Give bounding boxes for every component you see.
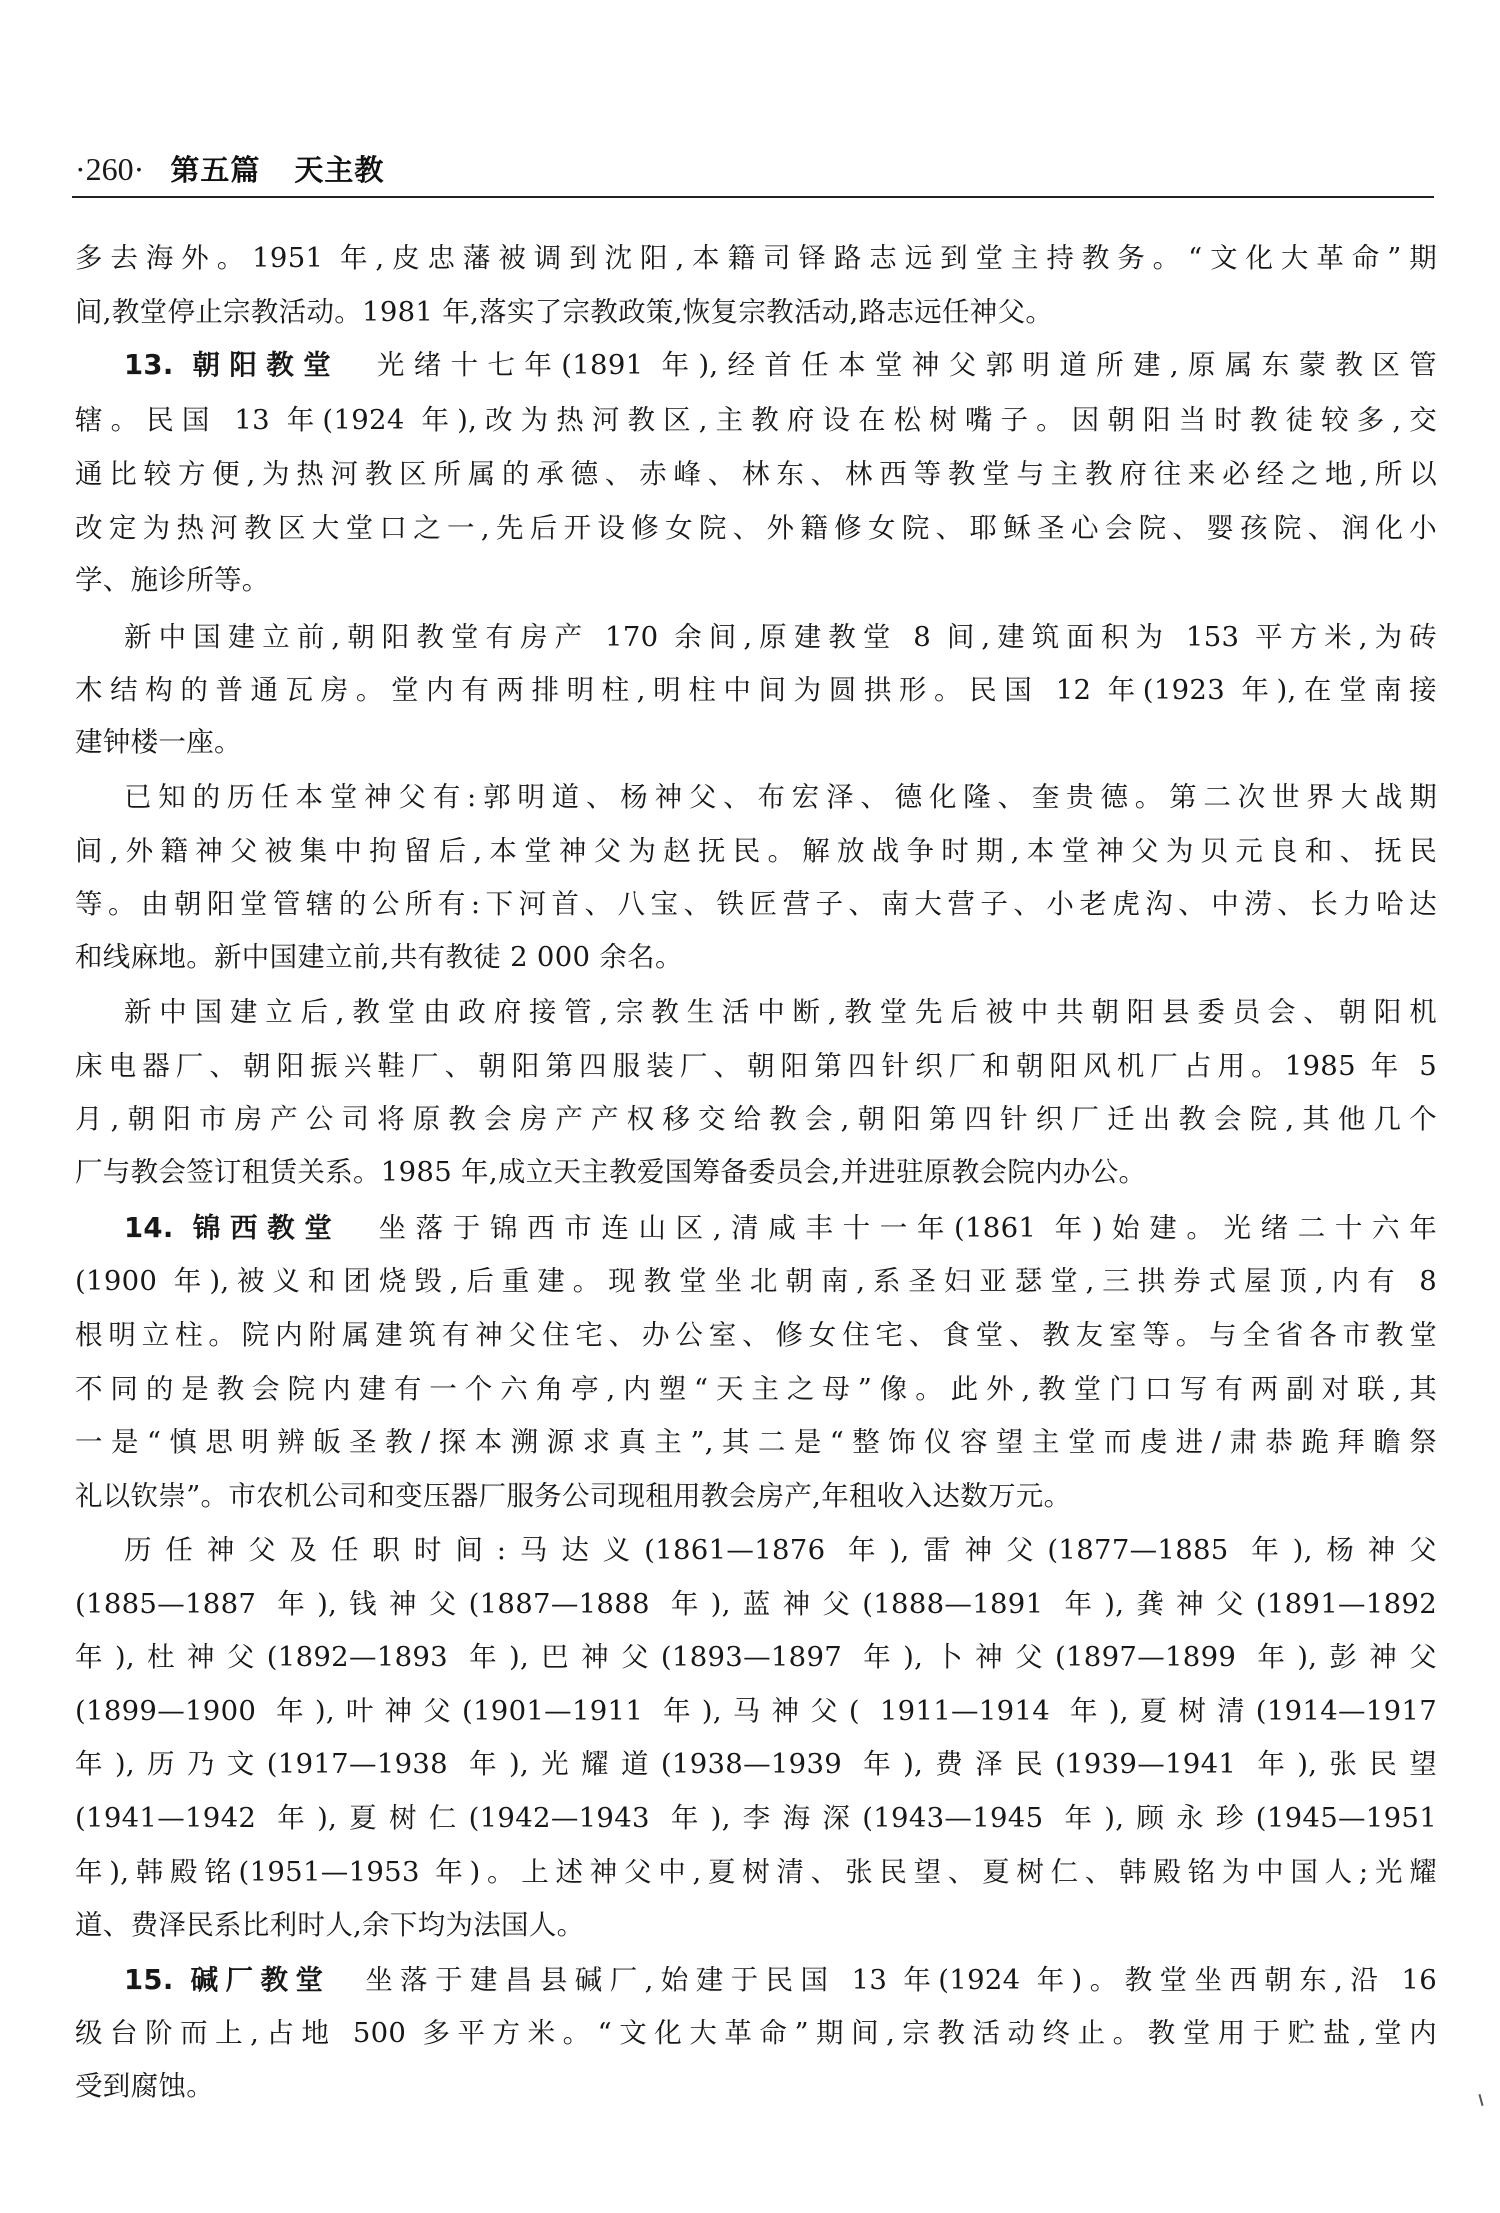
line-text: 光绪十七年(1891 年),经首任本堂神父郭明道所建,原属东蒙教区管: [340, 349, 1437, 381]
text-line: 礼以钦崇”。市农机公司和变压器厂服务公司现租用教会房产,年租收入达数万元。: [75, 1476, 1437, 1516]
text-line: 床电器厂、朝阳振兴鞋厂、朝阳第四服装厂、朝阳第四针织厂和朝阳风机厂占用。1985…: [75, 1046, 1437, 1086]
line-text: 年),韩殿铭(1951—1953 年)。上述神父中,夏树清、张民望、夏树仁、韩殿…: [75, 1856, 1437, 1888]
text-line: 木结构的普通瓦房。堂内有两排明柱,明柱中间为圆拱形。民国 12 年(1923 年…: [75, 670, 1437, 710]
text-line: 建钟楼一座。: [75, 722, 1437, 762]
text-line: 学、施诊所等。: [75, 560, 1437, 600]
line-text: 通比较方便,为热河教区所属的承德、赤峰、林东、林西等教堂与主教府往来必经之地,所…: [75, 458, 1437, 490]
section-heading-line: 14. 锦西教堂 坐落于锦西市连山区,清咸丰十一年(1861 年)始建。光绪二十…: [124, 1208, 1437, 1248]
text-line: (1899—1900 年),叶神父(1901—1911 年),马神父( 1911…: [75, 1691, 1437, 1731]
section-heading-line: 15. 碱厂教堂 坐落于建昌县碱厂,始建于民国 13 年(1924 年)。教堂坐…: [124, 1960, 1437, 2000]
text-line: 厂与教会签订租赁关系。1985 年,成立天主教爱国筹备委员会,并进驻原教会院内办…: [75, 1152, 1437, 1192]
line-text: 间,外籍神父被集中拘留后,本堂神父为赵抚民。解放战争时期,本堂神父为贝元良和、抚…: [75, 835, 1437, 867]
line-text: 道、费泽民系比利时人,余下均为法国人。: [75, 1909, 584, 1941]
section-heading: 13. 朝阳教堂: [124, 349, 340, 381]
part-label: 第五篇: [170, 148, 260, 189]
line-text: 建钟楼一座。: [75, 726, 242, 758]
line-text: 新中国建立后,教堂由政府接管,宗教生活中断,教堂先后被中共朝阳县委员会、朝阳机: [124, 996, 1437, 1028]
text-line: 间,教堂停止宗教活动。1981 年,落实了宗教政策,恢复宗教活动,路志远任神父。: [75, 292, 1437, 332]
line-text: 木结构的普通瓦房。堂内有两排明柱,明柱中间为圆拱形。民国 12 年(1923 年…: [75, 674, 1437, 706]
line-text: 多去海外。1951 年,皮忠藩被调到沈阳,本籍司铎路志远到堂主持教务。“文化大革…: [75, 242, 1437, 274]
line-text: 新中国建立前,朝阳教堂有房产 170 余间,原建教堂 8 间,建筑面积为 153…: [124, 621, 1437, 653]
text-line: 年),杜神父(1892—1893 年),巴神父(1893—1897 年),卜神父…: [75, 1637, 1437, 1677]
line-text: 根明立柱。院内附属建筑有神父住宅、办公室、修女住宅、食堂、教友室等。与全省各市教…: [75, 1319, 1437, 1351]
line-text: (1885—1887 年),钱神父(1887—1888 年),蓝神父(1888—…: [75, 1588, 1437, 1620]
text-line: 新中国建立后,教堂由政府接管,宗教生活中断,教堂先后被中共朝阳县委员会、朝阳机: [124, 992, 1437, 1032]
text-line: (1885—1887 年),钱神父(1887—1888 年),蓝神父(1888—…: [75, 1584, 1437, 1624]
line-text: 坐落于锦西市连山区,清咸丰十一年(1861 年)始建。光绪二十六年: [341, 1212, 1437, 1244]
line-text: 等。由朝阳堂管辖的公所有:下河首、八宝、铁匠营子、南大营子、小老虎沟、中涝、长力…: [75, 888, 1437, 920]
line-text: 年),杜神父(1892—1893 年),巴神父(1893—1897 年),卜神父…: [75, 1641, 1437, 1673]
line-text: 和线麻地。新中国建立前,共有教徒 2 000 余名。: [75, 941, 683, 973]
part-title: 天主教: [294, 148, 384, 189]
text-line: 道、费泽民系比利时人,余下均为法国人。: [75, 1905, 1437, 1945]
page-number: ·260·: [75, 151, 144, 188]
text-line: 级台阶而上,占地 500 多平方米。“文化大革命”期间,宗教活动终止。教堂用于贮…: [75, 2013, 1437, 2053]
line-text: (1900 年),被义和团烧毁,后重建。现教堂坐北朝南,系圣妇亚瑟堂,三拱券式屋…: [75, 1265, 1437, 1297]
section-heading: 15. 碱厂教堂: [124, 1964, 330, 1996]
line-text: 历任神父及任职时间:马达义(1861—1876 年),雷神父(1877—1885…: [124, 1534, 1437, 1566]
text-line: 根明立柱。院内附属建筑有神父住宅、办公室、修女住宅、食堂、教友室等。与全省各市教…: [75, 1315, 1437, 1355]
line-text: 已知的历任本堂神父有:郭明道、杨神父、布宏泽、德化隆、奎贵德。第二次世界大战期: [124, 781, 1437, 813]
text-line: 历任神父及任职时间:马达义(1861—1876 年),雷神父(1877—1885…: [124, 1530, 1437, 1570]
line-text: 厂与教会签订租赁关系。1985 年,成立天主教爱国筹备委员会,并进驻原教会院内办…: [75, 1156, 1146, 1188]
line-text: 改定为热河教区大堂口之一,先后开设修女院、外籍修女院、耶稣圣心会院、婴孩院、润化…: [75, 512, 1437, 544]
line-text: 受到腐蚀。: [75, 2070, 214, 2102]
text-line: (1900 年),被义和团烧毁,后重建。现教堂坐北朝南,系圣妇亚瑟堂,三拱券式屋…: [75, 1261, 1437, 1301]
line-text: 辖。民国 13 年(1924 年),改为热河教区,主教府设在松树嘴子。因朝阳当时…: [75, 404, 1437, 436]
text-line: 月,朝阳市房产公司将原教会房产产权移交给教会,朝阳第四针织厂迁出教会院,其他几个: [75, 1099, 1437, 1139]
text-line: 和线麻地。新中国建立前,共有教徒 2 000 余名。: [75, 937, 1437, 977]
line-text: (1941—1942 年),夏树仁(1942—1943 年),李海深(1943—…: [75, 1802, 1437, 1834]
text-line: 辖。民国 13 年(1924 年),改为热河教区,主教府设在松树嘴子。因朝阳当时…: [75, 400, 1437, 440]
text-line: 多去海外。1951 年,皮忠藩被调到沈阳,本籍司铎路志远到堂主持教务。“文化大革…: [75, 238, 1437, 278]
line-text: 学、施诊所等。: [75, 564, 270, 596]
line-text: 礼以钦崇”。市农机公司和变压器厂服务公司现租用教会房产,年租收入达数万元。: [75, 1480, 1071, 1512]
line-text: 床电器厂、朝阳振兴鞋厂、朝阳第四服装厂、朝阳第四针织厂和朝阳风机厂占用。1985…: [75, 1050, 1437, 1082]
scan-mark: [1478, 2094, 1483, 2106]
section-heading-line: 13. 朝阳教堂 光绪十七年(1891 年),经首任本堂神父郭明道所建,原属东蒙…: [124, 345, 1437, 385]
header-rule: [72, 196, 1434, 198]
line-text: 坐落于建昌县碱厂,始建于民国 13 年(1924 年)。教堂坐西朝东,沿 16: [330, 1964, 1437, 1996]
running-header: ·260· 第五篇 天主教: [75, 148, 384, 188]
text-line: 等。由朝阳堂管辖的公所有:下河首、八宝、铁匠营子、南大营子、小老虎沟、中涝、长力…: [75, 884, 1437, 924]
section-heading: 14. 锦西教堂: [124, 1212, 341, 1244]
line-text: 一是“慎思明辨皈圣教/探本溯源求真主”,其二是“整饰仪容望主堂而虔进/肃恭跪拜瞻…: [75, 1426, 1437, 1458]
text-line: 不同的是教会院内建有一个六角亭,内塑“天主之母”像。此外,教堂门口写有两副对联,…: [75, 1369, 1437, 1409]
line-text: 级台阶而上,占地 500 多平方米。“文化大革命”期间,宗教活动终止。教堂用于贮…: [75, 2017, 1437, 2049]
text-line: 年),历乃文(1917—1938 年),光耀道(1938—1939 年),费泽民…: [75, 1744, 1437, 1784]
text-line: 受到腐蚀。: [75, 2066, 1437, 2106]
text-line: (1941—1942 年),夏树仁(1942—1943 年),李海深(1943—…: [75, 1798, 1437, 1838]
text-line: 年),韩殿铭(1951—1953 年)。上述神父中,夏树清、张民望、夏树仁、韩殿…: [75, 1852, 1437, 1892]
text-line: 新中国建立前,朝阳教堂有房产 170 余间,原建教堂 8 间,建筑面积为 153…: [124, 617, 1437, 657]
text-line: 通比较方便,为热河教区所属的承德、赤峰、林东、林西等教堂与主教府往来必经之地,所…: [75, 454, 1437, 494]
text-line: 已知的历任本堂神父有:郭明道、杨神父、布宏泽、德化隆、奎贵德。第二次世界大战期: [124, 777, 1437, 817]
line-text: 间,教堂停止宗教活动。1981 年,落实了宗教政策,恢复宗教活动,路志远任神父。: [75, 296, 1053, 328]
text-line: 一是“慎思明辨皈圣教/探本溯源求真主”,其二是“整饰仪容望主堂而虔进/肃恭跪拜瞻…: [75, 1422, 1437, 1462]
text-line: 间,外籍神父被集中拘留后,本堂神父为赵抚民。解放战争时期,本堂神父为贝元良和、抚…: [75, 831, 1437, 871]
line-text: 不同的是教会院内建有一个六角亭,内塑“天主之母”像。此外,教堂门口写有两副对联,…: [75, 1373, 1437, 1405]
line-text: 月,朝阳市房产公司将原教会房产产权移交给教会,朝阳第四针织厂迁出教会院,其他几个: [75, 1103, 1437, 1135]
line-text: 年),历乃文(1917—1938 年),光耀道(1938—1939 年),费泽民…: [75, 1748, 1437, 1780]
line-text: (1899—1900 年),叶神父(1901—1911 年),马神父( 1911…: [75, 1695, 1437, 1727]
text-line: 改定为热河教区大堂口之一,先后开设修女院、外籍修女院、耶稣圣心会院、婴孩院、润化…: [75, 508, 1437, 548]
